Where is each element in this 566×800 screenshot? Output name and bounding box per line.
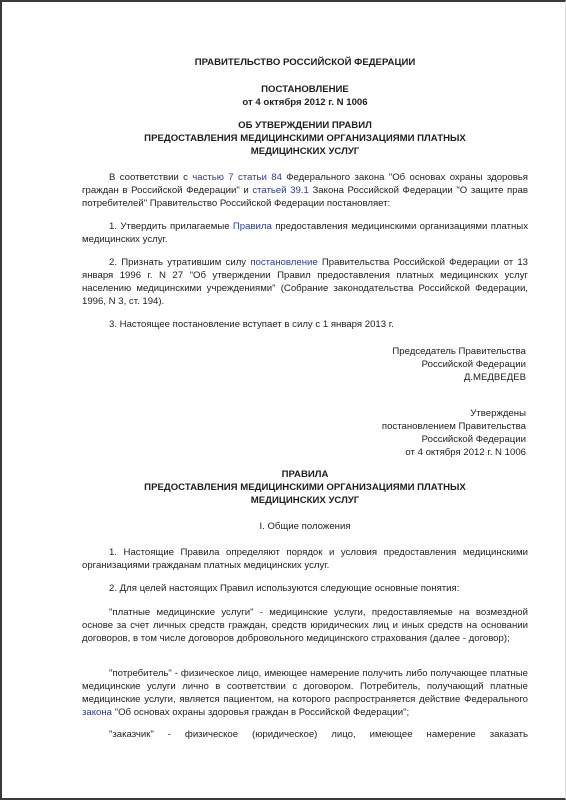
clause-2: 2. Признать утратившим силу постановлени… <box>82 256 528 308</box>
issuing-authority: ПРАВИТЕЛЬСТВО РОССИЙСКОЙ ФЕДЕРАЦИИ <box>82 56 528 69</box>
rules-title-line: ПРАВИЛА <box>82 468 528 481</box>
approval-block: Утверждены постановлением Правительства … <box>82 407 526 459</box>
rules-title: ПРАВИЛА ПРЕДОСТАВЛЕНИЯ МЕДИЦИНСКИМИ ОРГА… <box>82 468 528 507</box>
definition-consumer: "потребитель" - физическое лицо, имеющее… <box>82 667 528 719</box>
signature-block: Председатель Правительства Российской Фе… <box>82 345 526 384</box>
signature-line: Председатель Правительства <box>82 345 526 358</box>
link-decree[interactable]: постановление <box>250 257 317 268</box>
preamble-paragraph: В соответствии с частью 7 статьи 84 Феде… <box>82 171 528 210</box>
rules-title-line: ПРЕДОСТАВЛЕНИЯ МЕДИЦИНСКИМИ ОРГАНИЗАЦИЯМ… <box>82 481 528 494</box>
signatory-name: Д.МЕДВЕДЕВ <box>82 371 526 384</box>
approval-line: Российской Федерации <box>82 433 526 446</box>
definition-paid-services: "платные медицинские услуги" - медицинск… <box>82 606 528 645</box>
document-title: ОБ УТВЕРЖДЕНИИ ПРАВИЛ ПРЕДОСТАВЛЕНИЯ МЕД… <box>82 119 528 158</box>
rules-title-line: МЕДИЦИНСКИХ УСЛУГ <box>82 494 528 507</box>
link-rules[interactable]: Правила <box>233 221 272 232</box>
document-type: ПОСТАНОВЛЕНИЕ <box>82 83 528 96</box>
rules-paragraph-2: 2. Для целей настоящих Правил используют… <box>82 582 528 595</box>
document-page: ПРАВИТЕЛЬСТВО РОССИЙСКОЙ ФЕДЕРАЦИИ ПОСТА… <box>0 0 566 800</box>
approval-line: Утверждены <box>82 407 526 420</box>
document-date: от 4 октября 2012 г. N 1006 <box>82 96 528 109</box>
signature-line: Российской Федерации <box>82 358 526 371</box>
link-article-39-1[interactable]: статьей 39.1 <box>252 185 309 196</box>
definition-customer: "заказчик" - физическое (юридическое) ли… <box>82 728 528 741</box>
link-part-7-article-84[interactable]: частью 7 статьи 84 <box>192 172 282 183</box>
clause-3: 3. Настоящее постановление вступает в си… <box>82 318 528 331</box>
clause-1: 1. Утвердить прилагаемые Правила предост… <box>82 220 528 246</box>
approval-line: постановлением Правительства <box>82 420 526 433</box>
section-heading: I. Общие положения <box>82 520 528 533</box>
title-line: ПРЕДОСТАВЛЕНИЯ МЕДИЦИНСКИМИ ОРГАНИЗАЦИЯМ… <box>82 132 528 145</box>
approval-line: от 4 октября 2012 г. N 1006 <box>82 446 526 459</box>
title-line: ОБ УТВЕРЖДЕНИИ ПРАВИЛ <box>82 119 528 132</box>
rules-paragraph-1: 1. Настоящие Правила определяют порядок … <box>82 546 528 572</box>
title-line: МЕДИЦИНСКИХ УСЛУГ <box>82 145 528 158</box>
link-federal-law[interactable]: закона <box>82 707 112 718</box>
